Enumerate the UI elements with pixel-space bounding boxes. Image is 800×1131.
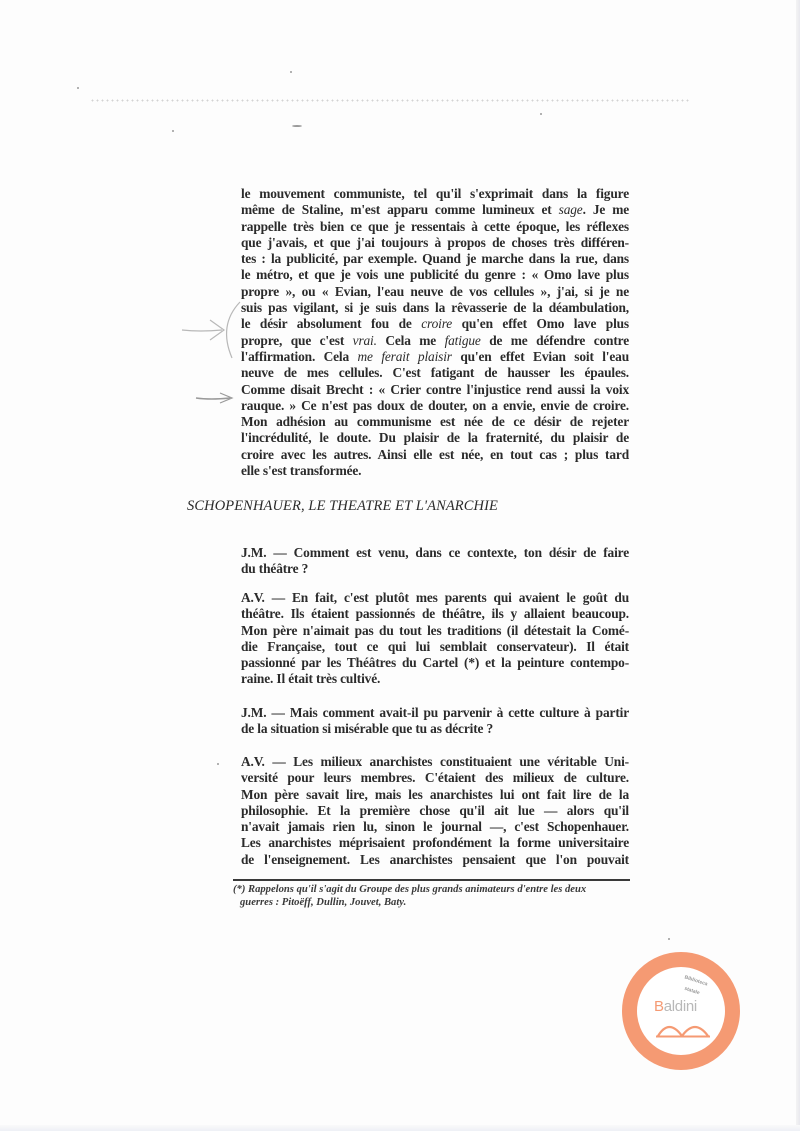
- paragraph-communism: le mouvement communiste, tel qu'il s'exp…: [241, 186, 629, 479]
- text-line: le désir absolument fou de croire qu'en …: [241, 316, 629, 332]
- text-line: Mon père savait lire, mais les anarchist…: [241, 787, 629, 803]
- text-line: de la situation si misérable que tu as d…: [241, 721, 629, 737]
- open-book-icon: [656, 1018, 710, 1038]
- question-jm-theatre: J.M. — Comment est venu, dans ce context…: [241, 545, 629, 578]
- section-heading: SCHOPENHAUER, LE THEATRE ET L'ANARCHIE: [187, 498, 498, 515]
- answer-av-anarchists: A.V. — Les milieux anarchistes constitua…: [241, 754, 629, 868]
- scan-speckle: [668, 938, 670, 940]
- answer-av-parents: A.V. — En fait, c'est plutôt mes parents…: [241, 590, 629, 688]
- text-line: l'affirmation. Cela me ferait plaisir qu…: [241, 349, 629, 365]
- scan-noise-line: [90, 99, 690, 102]
- logo-name: Baldini: [654, 998, 697, 1015]
- italic-word: croire: [421, 316, 452, 331]
- text-line: du théâtre ?: [241, 561, 629, 577]
- text-line: théâtre. Ils étaient passionnés de théât…: [241, 606, 629, 622]
- text-line: le métro, et que je vois une publicité d…: [241, 267, 629, 283]
- text-line: Comme disait Brecht : « Crier contre l'i…: [241, 382, 629, 398]
- text-line: A.V. — En fait, c'est plutôt mes parents…: [241, 590, 629, 606]
- text-line: die Française, tout ce qui lui semblait …: [241, 639, 629, 655]
- page-edge-bottom: [0, 1125, 800, 1131]
- text-line: rauque. » Ce n'est pas doux de douter, o…: [241, 398, 629, 414]
- text-line: neuve de mes cellules. C'est fatigant de…: [241, 365, 629, 381]
- text-line: le mouvement communiste, tel qu'il s'exp…: [241, 186, 629, 202]
- text-line: suis pas vigilant, si je suis dans la rê…: [241, 300, 629, 316]
- text-line: propre, que c'est vrai. Cela me fatigue …: [241, 333, 629, 349]
- text-line: passionné par les Théâtres du Cartel (*)…: [241, 655, 629, 671]
- text-line: Mon adhésion au communisme est née de ce…: [241, 414, 629, 430]
- scan-speckle: [77, 87, 79, 89]
- page-edge: [796, 0, 800, 1131]
- text-line: tes : la publicité, par exemple. Quand j…: [241, 251, 629, 267]
- text-line: J.M. — Mais comment avait-il pu parvenir…: [241, 705, 629, 721]
- footnote-line: guerres : Pitoëff, Dullin, Jouvet, Baty.: [233, 897, 633, 910]
- text-line: raine. Il était très cultivé.: [241, 671, 629, 687]
- text-line: de l'enseignement. Les anarchistes pensa…: [241, 852, 629, 868]
- footnote: (*) Rappelons qu'il s'agit du Groupe des…: [233, 884, 633, 909]
- scan-speckle: [172, 130, 174, 132]
- text-line: J.M. — Comment est venu, dans ce context…: [241, 545, 629, 561]
- text-line: philosophie. Et la première chose qu'il …: [241, 803, 629, 819]
- scan-speckle: [290, 71, 292, 73]
- text-line: Les anarchistes méprisaient profondément…: [241, 835, 629, 851]
- library-watermark-logo: Biblioteca statale Baldini: [622, 952, 740, 1070]
- italic-word: fatigue: [445, 333, 481, 348]
- italic-word: sage: [559, 202, 583, 217]
- text-line: versité pour leurs membres. C'étaient de…: [241, 770, 629, 786]
- footnote-divider: [233, 879, 630, 881]
- scan-speckle: [292, 125, 302, 127]
- text-line: même de Staline, m'est apparu comme lumi…: [241, 202, 629, 218]
- text-line: que j'avais, et que j'ai toujours à prop…: [241, 235, 629, 251]
- text-line: n'avait jamais rien lu, sinon le journal…: [241, 819, 629, 835]
- handwritten-arrow-icon: [180, 300, 250, 420]
- text-line: elle s'est transformée.: [241, 463, 629, 479]
- text-line: propre », ou « Evian, l'eau neuve de vos…: [241, 284, 629, 300]
- question-jm-culture: J.M. — Mais comment avait-il pu parvenir…: [241, 705, 629, 738]
- text-line: l'incrédulité, le doute. Du plaisir de l…: [241, 430, 629, 446]
- scan-speckle: [217, 763, 219, 765]
- italic-word: vrai.: [353, 333, 377, 348]
- text-line: rappelle très bien ce que je ressentais …: [241, 219, 629, 235]
- text-line: A.V. — Les milieux anarchistes constitua…: [241, 754, 629, 770]
- text-line: croire avec les autres. Ainsi elle est n…: [241, 447, 629, 463]
- scan-speckle: [540, 113, 542, 115]
- footnote-line: (*) Rappelons qu'il s'agit du Groupe des…: [233, 884, 633, 897]
- italic-phrase: me ferait plaisir: [358, 349, 452, 364]
- text-line: Mon père n'aimait pas du tout les tradit…: [241, 623, 629, 639]
